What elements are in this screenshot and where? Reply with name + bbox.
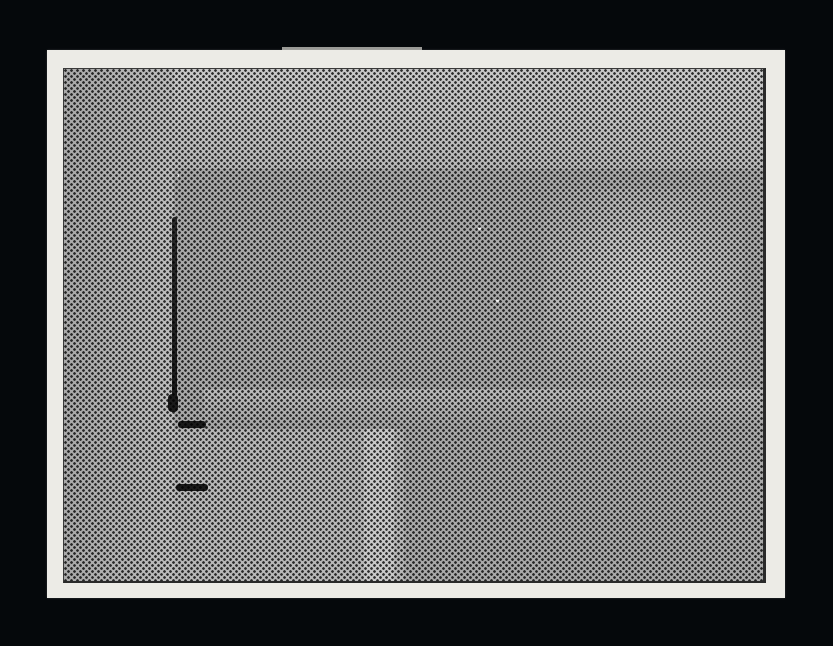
halftone-screen (64, 69, 763, 581)
gel-image (63, 68, 766, 583)
